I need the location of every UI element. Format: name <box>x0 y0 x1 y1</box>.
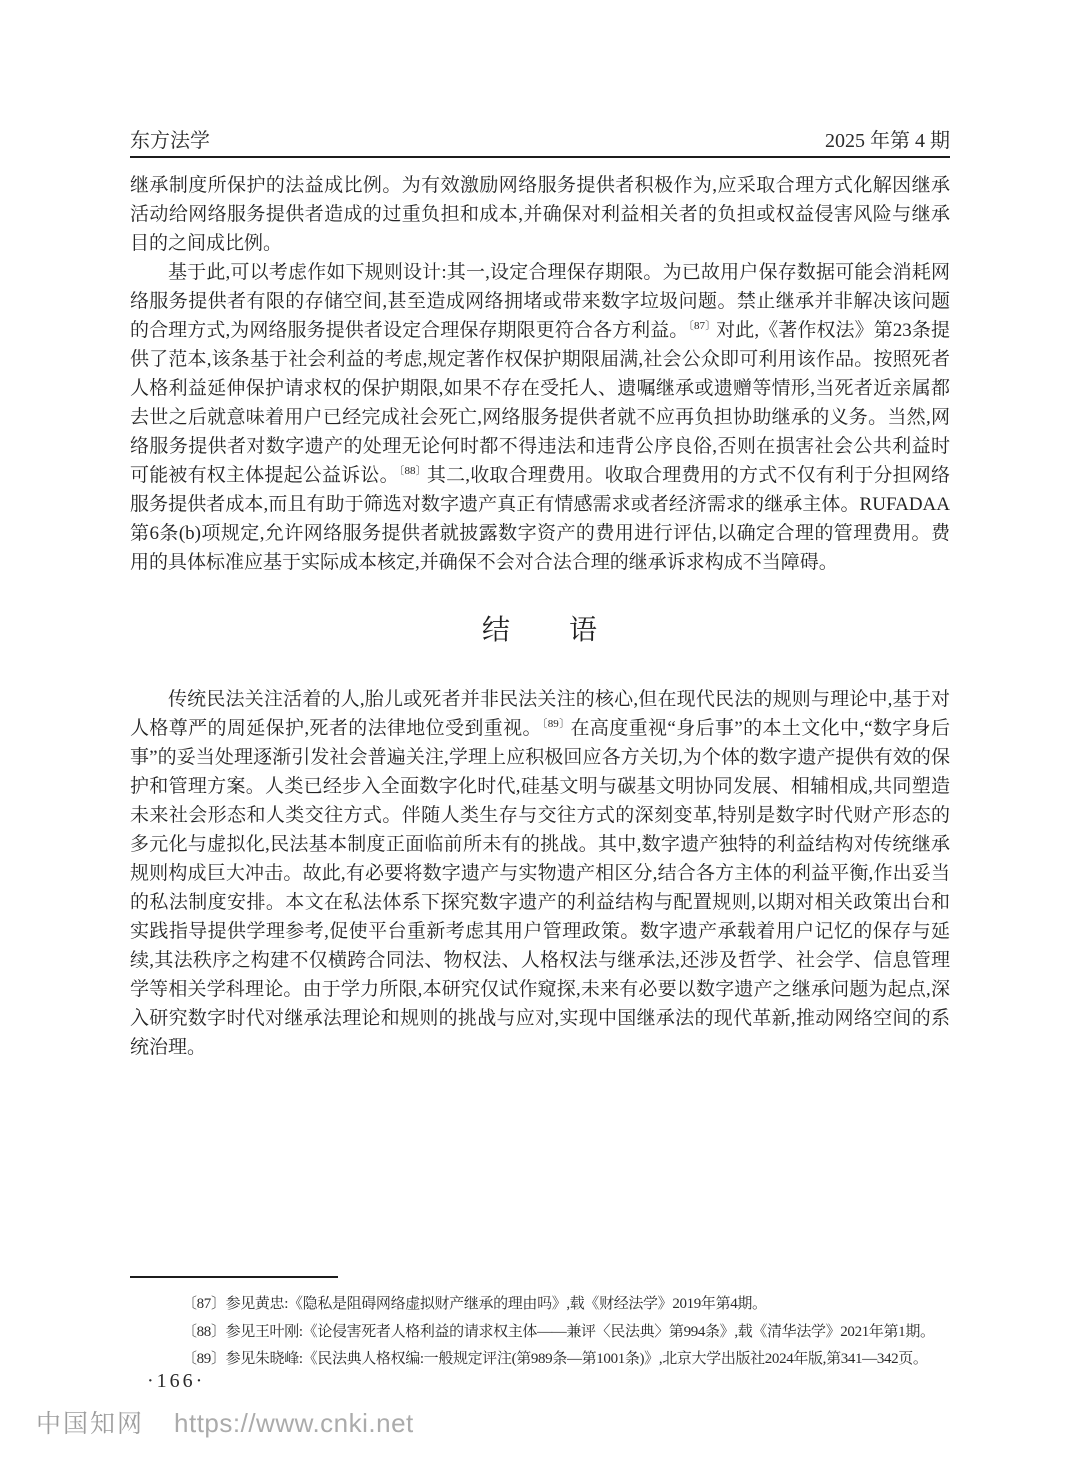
journal-page: 东方法学 2025 年第 4 期 继承制度所保护的法益成比例。为有效激励网络服务… <box>0 0 1080 1466</box>
body-paragraph: 基于此,可以考虑作如下规则设计:其一,设定合理保存期限。为已故用户保存数据可能会… <box>130 258 950 577</box>
footnote-88: 〔88〕参见王叶刚:《论侵害死者人格利益的请求权主体——兼评〈民法典〉第994条… <box>130 1319 958 1347</box>
footnotes: 〔87〕参见黄忠:《隐私是阻碍网络虚拟财产继承的理由吗》,载《财经法学》2019… <box>130 1291 958 1374</box>
conclusion-paragraph: 传统民法关注活着的人,胎儿或死者并非民法关注的核心,但在现代民法的规则与理论中,… <box>130 685 950 1062</box>
footnote-divider <box>130 1276 338 1278</box>
running-head: 东方法学 2025 年第 4 期 <box>130 124 950 153</box>
cnki-watermark: 中国知网 https://www.cnki.net <box>36 1404 414 1440</box>
cnki-site-name: 中国知网 <box>36 1404 144 1440</box>
footnote-ref: 〔87〕 <box>688 320 716 332</box>
footnote-ref: 〔88〕 <box>399 465 427 477</box>
conclusion-heading: 结 语 <box>130 616 950 645</box>
cnki-url[interactable]: https://www.cnki.net <box>174 1408 414 1439</box>
body-paragraph-continuation: 继承制度所保护的法益成比例。为有效激励网络服务提供者积极作为,应采取合理方式化解… <box>130 171 950 258</box>
issue-label: 2025 年第 4 期 <box>825 124 950 153</box>
article-body: 继承制度所保护的法益成比例。为有效激励网络服务提供者积极作为,应采取合理方式化解… <box>130 171 950 1062</box>
footnote-87: 〔87〕参见黄忠:《隐私是阻碍网络虚拟财产继承的理由吗》,载《财经法学》2019… <box>130 1291 958 1319</box>
header-divider <box>130 156 950 158</box>
page-number: ·166· <box>147 1370 205 1393</box>
journal-name: 东方法学 <box>130 124 210 153</box>
footnote-89: 〔89〕参见朱晓峰:《民法典人格权编:一般规定评注(第989条—第1001条)》… <box>130 1346 958 1374</box>
footnote-ref: 〔89〕 <box>542 718 571 730</box>
